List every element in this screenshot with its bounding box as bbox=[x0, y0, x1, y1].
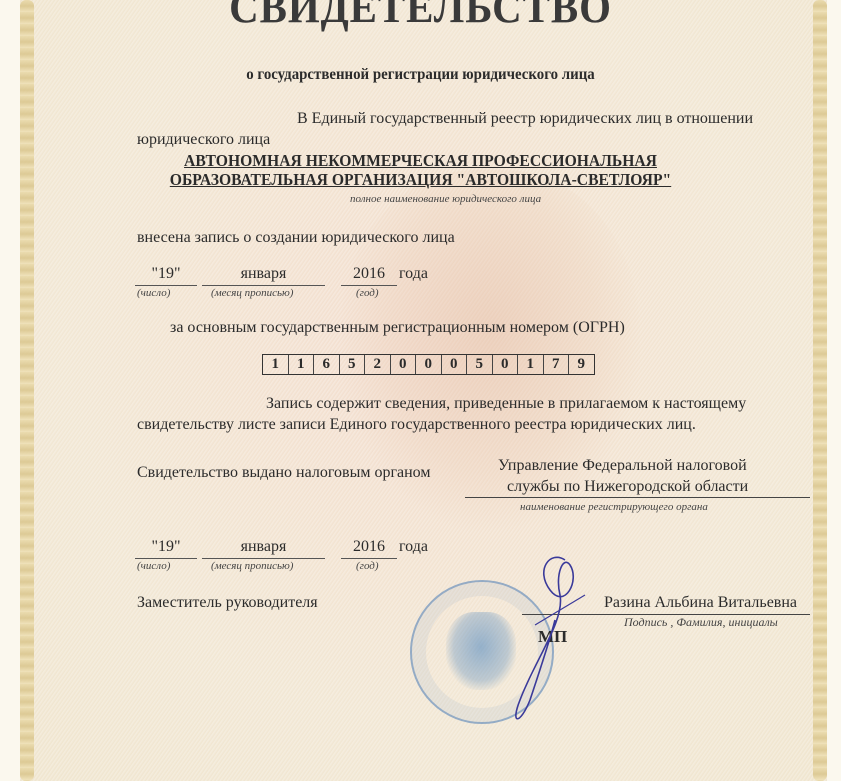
ogrn-digit: 6 bbox=[314, 355, 340, 374]
issue-day-caption: (число) bbox=[137, 560, 170, 572]
entry-year-field: 2016 bbox=[341, 265, 397, 286]
record-line-1: Запись содержит сведения, приведенные в … bbox=[266, 395, 746, 413]
ogrn-digit: 9 bbox=[569, 355, 594, 374]
signatory-position: Заместитель руководителя bbox=[137, 594, 318, 612]
authority-line-1: Управление Федеральной налоговой bbox=[498, 457, 747, 475]
organization-caption: полное наименование юридического лица bbox=[350, 193, 541, 205]
issued-by-label: Свидетельство выдано налоговым органом bbox=[137, 464, 430, 482]
handwritten-signature-icon bbox=[495, 550, 605, 730]
ogrn-digit: 0 bbox=[416, 355, 442, 374]
page-margin-right bbox=[827, 0, 841, 781]
ogrn-number-grid: 1 1 6 5 2 0 0 0 5 0 1 7 9 bbox=[262, 354, 595, 375]
ogrn-digit: 1 bbox=[289, 355, 315, 374]
record-line-2: свидетельству листе записи Единого госуд… bbox=[137, 416, 696, 434]
issue-month-field: января bbox=[202, 538, 325, 559]
issue-year-suffix: года bbox=[399, 538, 428, 556]
document-title: СВИДЕТЕЛЬСТВО bbox=[29, 0, 811, 33]
signatory-name: Разина Альбина Витальевна bbox=[604, 594, 797, 612]
entry-month-field: января bbox=[202, 265, 325, 286]
page-margin-left bbox=[0, 0, 20, 781]
signature-caption: Подпись , Фамилия, инициалы bbox=[624, 615, 778, 630]
organization-name-line-1: АВТОНОМНАЯ НЕКОММЕРЧЕСКАЯ ПРОФЕССИОНАЛЬН… bbox=[34, 151, 808, 171]
entry-day-caption: (число) bbox=[137, 287, 170, 299]
issue-month-caption: (месяц прописью) bbox=[211, 560, 293, 572]
issue-day-field: "19" bbox=[135, 538, 197, 559]
entry-month-caption: (месяц прописью) bbox=[211, 287, 293, 299]
ogrn-digit: 1 bbox=[518, 355, 544, 374]
document-subtitle: о государственной регистрации юридическо… bbox=[29, 66, 811, 84]
ogrn-digit: 0 bbox=[442, 355, 468, 374]
authority-caption: наименование регистрирующего органа bbox=[520, 501, 708, 513]
intro-line-1: В Единый государственный реестр юридичес… bbox=[297, 110, 753, 128]
ogrn-label: за основным государственным регистрацион… bbox=[170, 319, 625, 337]
authority-line-2: службы по Нижегородской области bbox=[507, 478, 748, 496]
ogrn-digit: 0 bbox=[493, 355, 519, 374]
ogrn-digit: 5 bbox=[340, 355, 366, 374]
ogrn-digit: 0 bbox=[391, 355, 417, 374]
entry-day-field: "19" bbox=[135, 265, 197, 286]
ogrn-digit: 1 bbox=[263, 355, 289, 374]
ornamental-border-right bbox=[813, 0, 827, 781]
entry-year-suffix: года bbox=[399, 265, 428, 283]
entry-year-caption: (год) bbox=[356, 287, 379, 299]
ogrn-digit: 2 bbox=[365, 355, 391, 374]
entry-text: внесена запись о создании юридического л… bbox=[137, 229, 455, 247]
ogrn-digit: 7 bbox=[544, 355, 570, 374]
issue-year-caption: (год) bbox=[356, 560, 379, 572]
ornamental-border-left bbox=[20, 0, 34, 781]
ogrn-digit: 5 bbox=[467, 355, 493, 374]
intro-line-2: юридического лица bbox=[137, 131, 270, 149]
issue-year-field: 2016 bbox=[341, 538, 397, 559]
organization-name-line-2: ОБРАЗОВАТЕЛЬНАЯ ОРГАНИЗАЦИЯ "АВТОШКОЛА-С… bbox=[34, 170, 808, 190]
authority-underline bbox=[465, 497, 810, 498]
